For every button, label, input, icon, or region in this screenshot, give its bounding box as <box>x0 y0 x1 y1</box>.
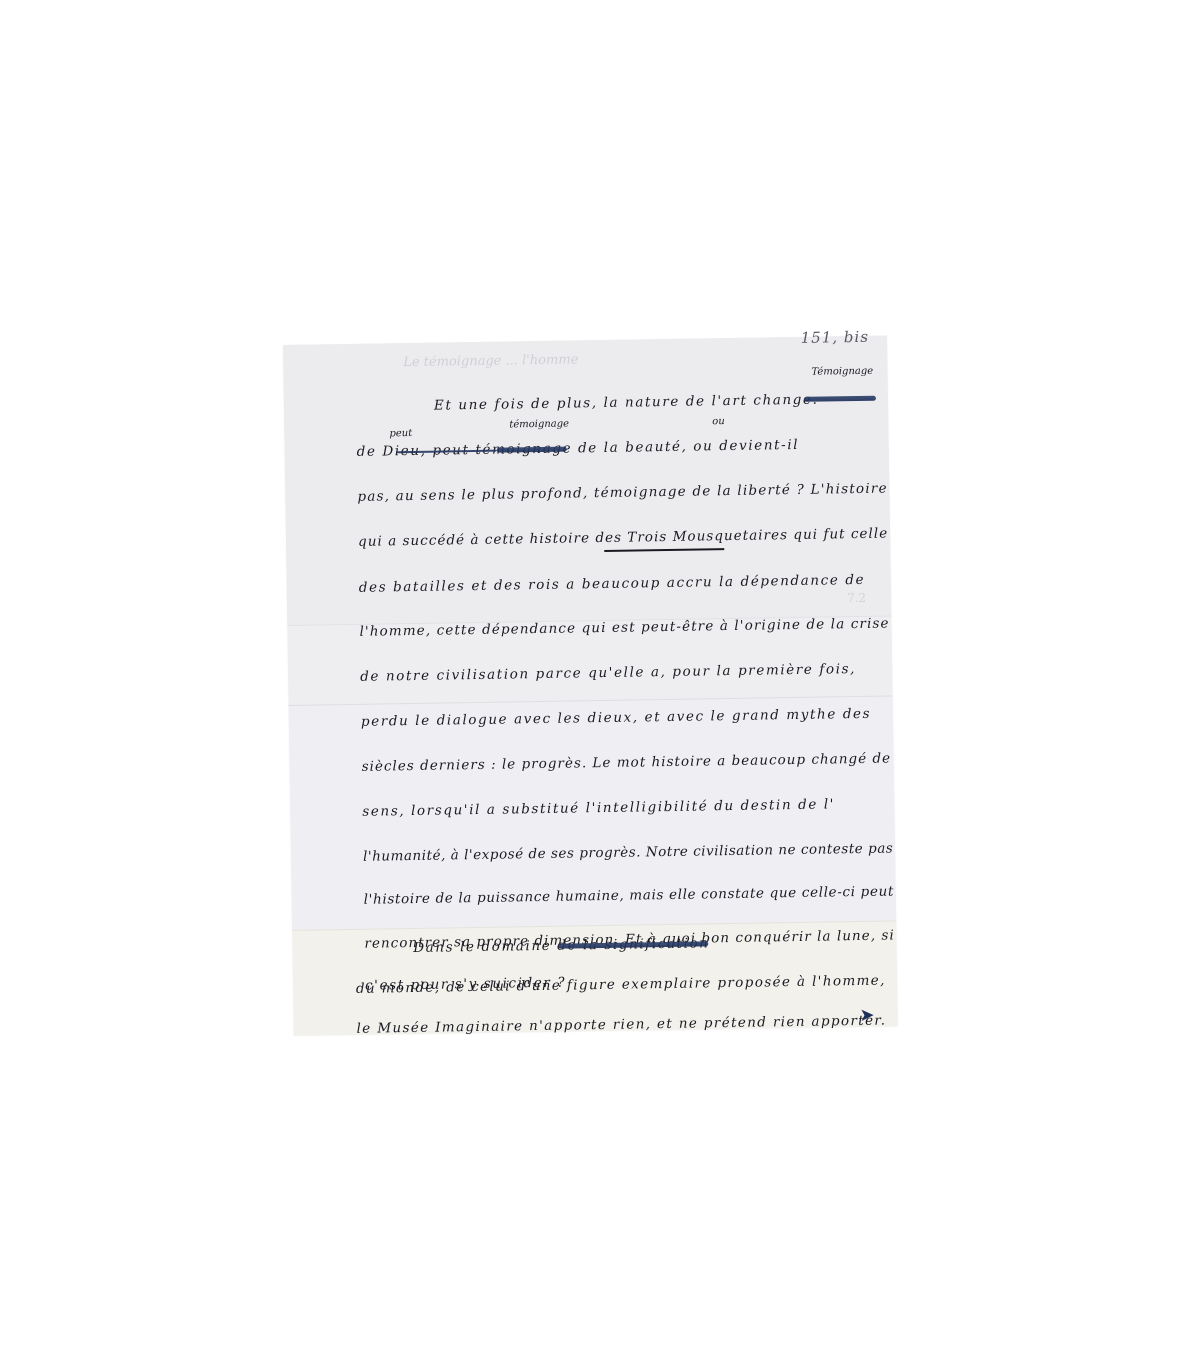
faint-margin-mark: 7.2 <box>847 591 866 605</box>
line-16: du monde, de celui d'une figure exemplai… <box>356 973 886 997</box>
pencil-header: Le témoignage ... l'homme <box>403 352 578 370</box>
insertion-peut: peut <box>389 428 412 439</box>
insertion-temoignage-mid: témoignage <box>509 419 569 431</box>
insertion-ou: ou <box>712 416 725 427</box>
folio-number: 151, bis <box>801 328 870 347</box>
continuation-arrow-icon: ➤ <box>859 1005 874 1026</box>
insertion-temoignage-top: Témoignage <box>811 366 873 378</box>
line-17: le Musée Imaginaire n'apporte rien, et n… <box>356 1013 886 1037</box>
manuscript-page-bottom: Dans le domaine de la signification du m… <box>283 921 889 1035</box>
